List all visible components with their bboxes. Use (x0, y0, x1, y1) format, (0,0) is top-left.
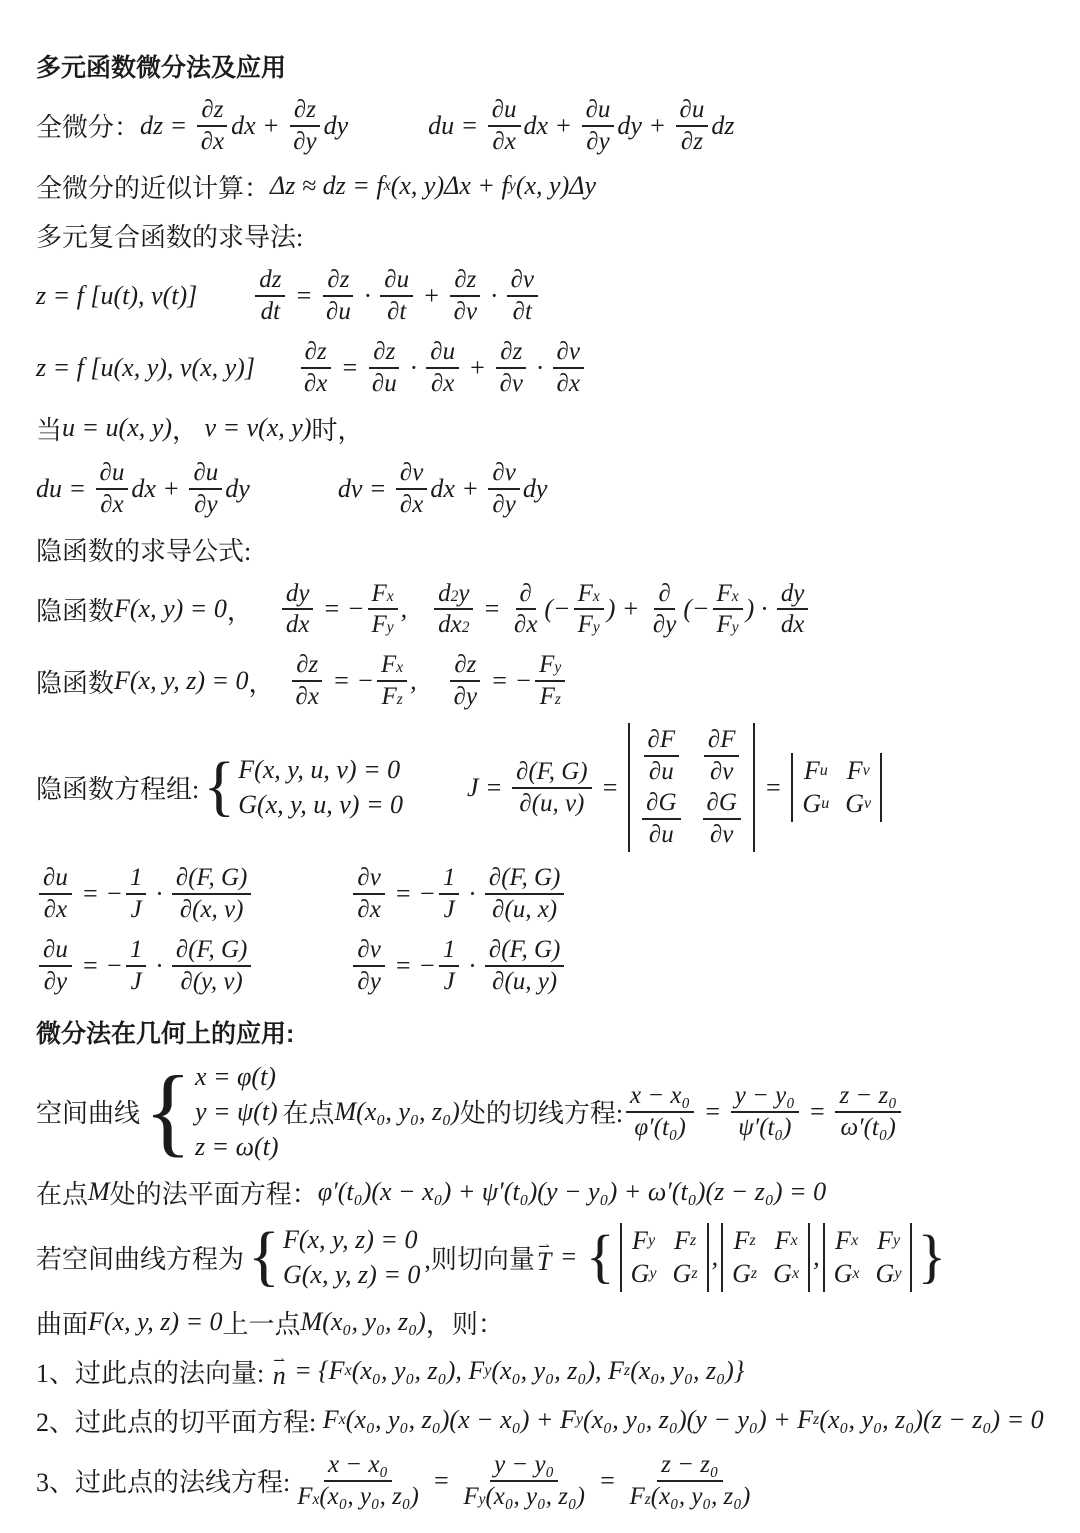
math-text: (x₀, y₀, z₀)(x − x₀) + F (346, 1405, 576, 1435)
math-text: F(x, y) = 0 (114, 594, 227, 624)
math-text: F (717, 580, 732, 608)
denominator: Fz (377, 682, 406, 711)
numerator: ∂u (426, 338, 459, 369)
row-jacobian-ux-vx: ∂u∂x = −1J · ∂(F, G)∂(x, v)∂v∂x = −1J · … (36, 864, 1056, 924)
math-text: ∂z (681, 128, 703, 156)
numerator: y − y₀ (731, 1082, 799, 1113)
math-text: v = v(x, y) (204, 413, 311, 443)
math-text: , (712, 1242, 719, 1272)
math-text: ∂y (44, 968, 67, 996)
fraction: ∂z∂x (300, 338, 331, 398)
numerator: ∂v (553, 338, 584, 369)
determinant: FzFxGzGx (721, 1223, 810, 1292)
denominator: ∂x (427, 369, 458, 398)
math-text: φ′(t₀)(x − x₀) + ψ′(t₀)(y − y₀) + ω′(t₀)… (318, 1177, 826, 1207)
denominator: ∂x (300, 369, 331, 398)
math-text: dv = (338, 474, 393, 504)
numerator: d2y (434, 580, 473, 611)
math-text: F(x, y, z) = 0 (114, 666, 249, 696)
row-curve-system-tangent-vector: 若空间曲线方程为{F(x, y, z) = 0G(x, y, z) = 0,则切… (36, 1223, 1056, 1292)
math-text: G (876, 1259, 895, 1289)
numerator: ∂F (704, 726, 740, 757)
fraction: ∂u∂x (39, 864, 72, 924)
determinant-cell: Fz (674, 1226, 696, 1256)
determinant-cell: Fz (734, 1226, 756, 1256)
fraction: 1J (126, 864, 146, 924)
math-text: ∂z (305, 338, 327, 366)
left-brace: { (144, 1069, 192, 1154)
cjk-text: 1、过此点的法向量: (36, 1353, 271, 1390)
math-text: J (444, 968, 455, 996)
math-text: ∂x (400, 491, 423, 519)
math-text: dz = (140, 111, 194, 141)
numerator: dy (777, 580, 809, 611)
math-text: = − (75, 951, 123, 981)
math-text: ∂u (384, 266, 409, 294)
fraction: ∂z∂x (292, 651, 323, 711)
cjk-text: ， (249, 663, 275, 700)
math-text: ∂u (430, 338, 455, 366)
denominator: Fy (713, 610, 743, 639)
cjk-text: 曲面 (36, 1304, 88, 1341)
fraction: ∂(F, G)∂(u, y) (485, 936, 564, 996)
vector-letter: T (537, 1252, 551, 1273)
fraction: ∂u∂z (676, 96, 709, 156)
denominator: ∂y (649, 610, 680, 639)
math-text: F(x, y, z) = 0 (88, 1307, 223, 1337)
math-text: ∂x (514, 611, 537, 639)
math-text: ∂(F, G) (489, 864, 560, 892)
determinant-cell: Gz (732, 1259, 757, 1289)
denominator: ∂y (488, 490, 519, 519)
math-text: dy (286, 580, 310, 608)
math-text: ∂u (100, 459, 125, 487)
math-text: F (381, 651, 396, 679)
fraction: x − x₀φ′(t₀) (626, 1082, 694, 1142)
math-text: F (734, 1226, 750, 1256)
math-text: ∂v (357, 936, 380, 964)
vector-symbol: ⇀n (273, 1356, 286, 1387)
math-text: x = φ(t) (195, 1062, 276, 1092)
math-text: = − (75, 879, 123, 909)
math-text: = (426, 1466, 457, 1496)
math-text: · (462, 951, 482, 981)
math-text: J (131, 896, 142, 924)
math-text: F (323, 1405, 339, 1435)
denominator: ∂(u, x) (488, 895, 561, 924)
math-text: = (553, 1242, 584, 1272)
row-when-uv: 当u = u(x, y)， v = v(x, y)时， (36, 410, 1056, 447)
math-text: ∂u (326, 298, 351, 326)
math-text: u = u(x, y) (62, 413, 172, 443)
row-implicit-fxyz: 隐函数F(x, y, z) = 0，∂z∂x = −FxFz,∂z∂y = −F… (36, 651, 1056, 711)
denominator: J (127, 895, 146, 924)
fraction: ∂v∂t (507, 266, 538, 326)
math-text: x − x₀ (630, 1082, 690, 1110)
fraction: ∂F∂v (704, 726, 740, 786)
math-text: F (372, 611, 387, 639)
denominator: dx (282, 610, 314, 639)
denominator: ∂x (396, 490, 427, 519)
math-text: ) · (746, 594, 774, 624)
numerator: 1 (126, 864, 146, 895)
fraction: ∂(F, G)∂(u, x) (485, 864, 564, 924)
determinant-cell: Fv (847, 756, 870, 786)
math-text: ∂(F, G) (516, 758, 587, 786)
math-text: · (404, 353, 424, 383)
case-line: x = φ(t) (195, 1062, 276, 1092)
math-text: F (463, 1483, 478, 1511)
numerator: ∂ (654, 580, 674, 611)
denominator: Fz(x₀, y₀, z₀) (626, 1482, 755, 1511)
cjk-text: 上一点 (223, 1304, 301, 1341)
math-text: J = (467, 773, 509, 803)
math-text: ∂(y, v) (181, 968, 243, 996)
math-text: z − z₀ (839, 1082, 896, 1110)
math-text: ∂z (201, 96, 223, 124)
math-text: (x₀, y₀, z₀) (651, 1483, 750, 1511)
math-text: , (813, 1242, 820, 1272)
math-text: ∂v (710, 821, 733, 849)
math-text: ∂(u, x) (492, 896, 557, 924)
denominator: ∂x (488, 127, 519, 156)
math-text: dx + (131, 474, 186, 504)
cases-group: {F(x, y, u, v) = 0G(x, y, u, v) = 0 (203, 755, 403, 820)
numerator: ∂z (450, 266, 480, 297)
math-text: (x₀, y₀, z₀)(y − y₀) + F (583, 1405, 813, 1435)
numerator: z − z₀ (657, 1451, 722, 1482)
denominator: ∂y (289, 127, 320, 156)
determinant-cell: ∂G∂v (700, 789, 744, 849)
numerator: Fx (368, 580, 398, 611)
cjk-text: 处的法平面方程： (110, 1174, 318, 1211)
math-text: F (578, 580, 593, 608)
math-text: dy (324, 111, 349, 141)
case-line: y = ψ(t) (195, 1097, 278, 1127)
math-text: ∂t (387, 298, 406, 326)
determinant: FxFyGxGy (823, 1223, 913, 1292)
math-text: (x, y)Δx + f (391, 171, 509, 201)
math-text: x − x₀ (328, 1451, 388, 1479)
determinant-cell: ∂F∂v (701, 726, 743, 786)
math-text: ∂x (557, 370, 580, 398)
math-text: dz (259, 266, 281, 294)
math-text: F(x, y, u, v) = 0 (238, 755, 400, 785)
denominator: dx2 (434, 610, 473, 639)
math-text: ∂(u, v) (519, 790, 584, 818)
math-text: ∂F (648, 726, 676, 754)
numerator: Fx (377, 651, 407, 682)
cjk-text: 3、过此点的法线方程: (36, 1462, 290, 1499)
denominator: ω′(t₀) (837, 1113, 900, 1142)
fraction: ∂v∂y (488, 459, 519, 519)
denominator: ∂(u, v) (515, 789, 588, 818)
denominator: ∂u (645, 757, 678, 786)
math-text: G (673, 1259, 692, 1289)
numerator: ∂u (380, 266, 413, 297)
math-text: F (540, 683, 555, 711)
fraction: FxFy (368, 580, 398, 640)
math-text: ∂v (710, 758, 733, 786)
math-text: M (88, 1177, 110, 1207)
fraction: ∂G∂u (642, 789, 680, 849)
fraction: ∂v∂x (396, 459, 427, 519)
row-normal-vector: 1、过此点的法向量: ⇀n = {Fx(x₀, y₀, z₀), Fy(x₀, … (36, 1353, 1056, 1390)
numerator: ∂v (488, 459, 519, 490)
math-text: F (630, 1483, 645, 1511)
math-text: z − z₀ (661, 1451, 718, 1479)
math-text: ψ′(t₀) (738, 1114, 791, 1142)
cases-lines: x = φ(t)y = ψ(t)z = ω(t) (195, 1062, 279, 1162)
math-text: = (697, 1097, 728, 1127)
math-text: G(x, y, u, v) = 0 (238, 790, 403, 820)
math-text: ∂ (520, 580, 532, 608)
denominator: Fy (368, 610, 398, 639)
numerator: 1 (439, 936, 459, 967)
fraction: ∂(F, G)∂(u, v) (512, 758, 591, 818)
numerator: ∂(F, G) (512, 758, 591, 789)
numerator: ∂G (703, 789, 741, 820)
math-text: F (674, 1226, 690, 1256)
math-text: (x₀, y₀, z₀) (319, 1483, 418, 1511)
spacer (417, 681, 447, 682)
row-chain-rule-xy: z = f [u(x, y), v(x, y)]∂z∂x = ∂z∂u · ∂u… (36, 338, 1056, 398)
vector-symbol: ⇀T (537, 1242, 551, 1273)
math-text: F (775, 1226, 791, 1256)
cjk-text: 隐函数 (36, 663, 114, 700)
spacer (254, 893, 350, 894)
denominator: ∂y (450, 682, 481, 711)
math-text: (x₀, y₀, z₀), F (352, 1356, 485, 1386)
math-text: ∂u (193, 459, 218, 487)
determinant: FyFzGyGz (620, 1223, 709, 1292)
numerator: ∂z (496, 338, 526, 369)
numerator: Fx (713, 580, 743, 611)
cjk-text: 在点 (283, 1093, 335, 1130)
spacer (275, 681, 289, 682)
fraction: ∂F∂u (644, 726, 680, 786)
math-text: · (149, 879, 169, 909)
numerator: ∂(F, G) (172, 864, 251, 895)
denominator: ∂(x, v) (176, 895, 248, 924)
fraction: ∂z∂v (450, 266, 481, 326)
math-text: ∂ (658, 580, 670, 608)
cases-group: {F(x, y, z) = 0G(x, y, z) = 0 (248, 1225, 420, 1290)
math-text: y − y₀ (494, 1451, 554, 1479)
spacer (250, 488, 338, 489)
math-text: dx (286, 611, 310, 639)
math-text: = (476, 594, 507, 624)
denominator: Fx(x₀, y₀, z₀) (293, 1482, 423, 1511)
math-text: ∂y (454, 683, 477, 711)
math-text: ∂u (649, 821, 674, 849)
math-text: G(x, y, z) = 0 (283, 1260, 420, 1290)
math-text: = − (326, 666, 374, 696)
fraction: ∂v∂y (353, 936, 384, 996)
math-text: 1 (130, 936, 142, 964)
cjk-text: 全微分： (36, 107, 140, 144)
math-text: 1 (443, 936, 455, 964)
math-text: ∂z (294, 96, 316, 124)
math-text: (x, y)Δy (516, 171, 596, 201)
math-text: d (438, 580, 450, 608)
math-text: = (592, 1466, 623, 1496)
determinant-cell: ∂F∂u (641, 726, 683, 786)
math-text: ∂y (293, 128, 316, 156)
denominator: ψ′(t₀) (734, 1113, 795, 1142)
numerator: y − y₀ (490, 1451, 558, 1482)
math-text: ∂z (454, 266, 476, 294)
numerator: dy (282, 580, 314, 611)
math-text: dy (781, 580, 805, 608)
numerator: ∂(F, G) (172, 936, 251, 967)
case-line: G(x, y, u, v) = 0 (238, 790, 403, 820)
math-text: = − (388, 879, 436, 909)
cjk-text: 若空间曲线方程为 (36, 1239, 244, 1276)
numerator: ∂u (189, 459, 222, 490)
math-text: dx (438, 611, 462, 639)
math-text: M(x₀, y₀, z₀) (335, 1097, 460, 1127)
math-text: ∂y (492, 491, 515, 519)
numerator: ∂z (197, 96, 227, 127)
math-text: + (416, 281, 447, 311)
denominator: ∂t (383, 297, 410, 326)
math-text: ∂x (100, 491, 123, 519)
cjk-text: 当 (36, 410, 62, 447)
math-text: ∂x (201, 128, 224, 156)
denominator: dt (257, 297, 284, 326)
case-line: G(x, y, z) = 0 (283, 1260, 420, 1290)
numerator: ∂(F, G) (485, 936, 564, 967)
row-total-differential: 全微分：dz = ∂z∂xdx + ∂z∂ydydu = ∂u∂xdx + ∂u… (36, 96, 1056, 156)
denominator: ∂v (450, 297, 481, 326)
determinant-cell: Fy (632, 1226, 655, 1256)
cjk-text: 全微分的近似计算： (36, 168, 270, 205)
spacer (197, 295, 252, 296)
cjk-text: 空间曲线 (36, 1093, 140, 1130)
cjk-text: 隐函数 (36, 591, 114, 628)
determinant-cell: Gx (834, 1259, 860, 1289)
determinant-cell: ∂G∂u (639, 789, 683, 849)
fraction: FxFy (713, 580, 743, 640)
math-text: · (484, 281, 504, 311)
math-text: z = f [u(x, y), v(x, y)] (36, 353, 255, 383)
spacer (407, 609, 431, 610)
denominator: ∂v (706, 820, 737, 849)
cjk-text: 2、过此点的切平面方程: (36, 1402, 323, 1439)
determinant-cell: Gx (773, 1259, 799, 1289)
math-text: ∂y (194, 491, 217, 519)
fraction: ∂∂x (510, 580, 541, 640)
numerator: x − x₀ (324, 1451, 392, 1482)
math-text: F (877, 1226, 893, 1256)
cjk-text: 多元复合函数的求导法: (36, 217, 303, 254)
math-text: 1 (130, 864, 142, 892)
math-text: ∂(F, G) (489, 936, 560, 964)
determinant-cell: Fx (835, 1226, 858, 1256)
fraction: ∂u∂x (488, 96, 521, 156)
numerator: ∂z (369, 338, 399, 369)
math-text: = − (484, 666, 532, 696)
math-text: F (578, 611, 593, 639)
math-text: ∂y (357, 968, 380, 996)
denominator: ∂t (509, 297, 536, 326)
math-text: · (358, 281, 378, 311)
left-brace: { (248, 1229, 280, 1286)
fraction: ∂u∂x (96, 459, 129, 519)
cjk-text: ， (172, 410, 205, 447)
fraction: 1J (126, 936, 146, 996)
doc-title: 多元函数微分法及应用 (36, 48, 1056, 84)
numerator: z − z₀ (835, 1082, 900, 1113)
fraction: dydx (282, 580, 314, 640)
cjk-text: ，则： (426, 1304, 504, 1341)
denominator: φ′(t₀) (630, 1113, 690, 1142)
math-text: dx + (430, 474, 485, 504)
fraction: ∂G∂v (703, 789, 741, 849)
determinant-cell: Gy (631, 1259, 657, 1289)
numerator: ∂v (507, 266, 538, 297)
math-text: Δz ≈ dz = f (270, 171, 384, 201)
denominator: ∂x (96, 490, 127, 519)
cjk-text: 在点 (36, 1174, 88, 1211)
numerator: ∂z (292, 651, 322, 682)
fraction: ∂∂y (649, 580, 680, 640)
denominator: ∂y (582, 127, 613, 156)
math-text: · (462, 879, 482, 909)
denominator: ∂x (510, 610, 541, 639)
cases-group: {x = φ(t)y = ψ(t)z = ω(t) (144, 1062, 278, 1162)
denominator: Fz (536, 682, 565, 711)
math-text: ∂u (492, 96, 517, 124)
math-text: z = ω(t) (195, 1132, 279, 1162)
math-text: F (381, 683, 396, 711)
math-text: · (149, 951, 169, 981)
math-text: ∂v (511, 266, 534, 294)
math-text: ∂v (357, 864, 380, 892)
spacer (253, 609, 279, 610)
numerator: ∂z (450, 651, 480, 682)
cjk-text: 隐函数的求导公式: (36, 531, 251, 568)
math-text: F (717, 611, 732, 639)
math-text: dx + (524, 111, 579, 141)
fraction: ∂u∂y (39, 936, 72, 996)
row-normal-plane: 在点M处的法平面方程：φ′(t₀)(x − x₀) + ψ′(t₀)(y − y… (36, 1174, 1056, 1211)
math-text: ∂u (649, 758, 674, 786)
row-du-dv: du = ∂u∂xdx + ∂u∂ydydv = ∂v∂xdx + ∂v∂ydy (36, 459, 1056, 519)
math-text: dt (261, 298, 280, 326)
vector-letter: n (273, 1366, 286, 1387)
math-text: dy (523, 474, 548, 504)
fraction: d2ydx2 (434, 580, 473, 640)
math-text: φ′(t₀) (634, 1114, 686, 1142)
math-text: F (835, 1226, 851, 1256)
fraction: ∂z∂u (368, 338, 401, 398)
document: 多元函数微分法及应用全微分：dz = ∂z∂xdx + ∂z∂ydydu = ∂… (0, 0, 1080, 1533)
math-text: ∂t (513, 298, 532, 326)
math-text: F (372, 580, 387, 608)
math-text: dx + (231, 111, 286, 141)
math-text: ∂(u, y) (492, 968, 557, 996)
determinant-cell: Gu (802, 789, 829, 819)
denominator: ∂y (40, 967, 71, 996)
fraction: FxFz (377, 651, 407, 711)
numerator: ∂z (290, 96, 320, 127)
numerator: ∂u (39, 864, 72, 895)
math-text: 1 (443, 864, 455, 892)
fraction: ∂v∂x (353, 864, 384, 924)
math-text: = (595, 773, 626, 803)
